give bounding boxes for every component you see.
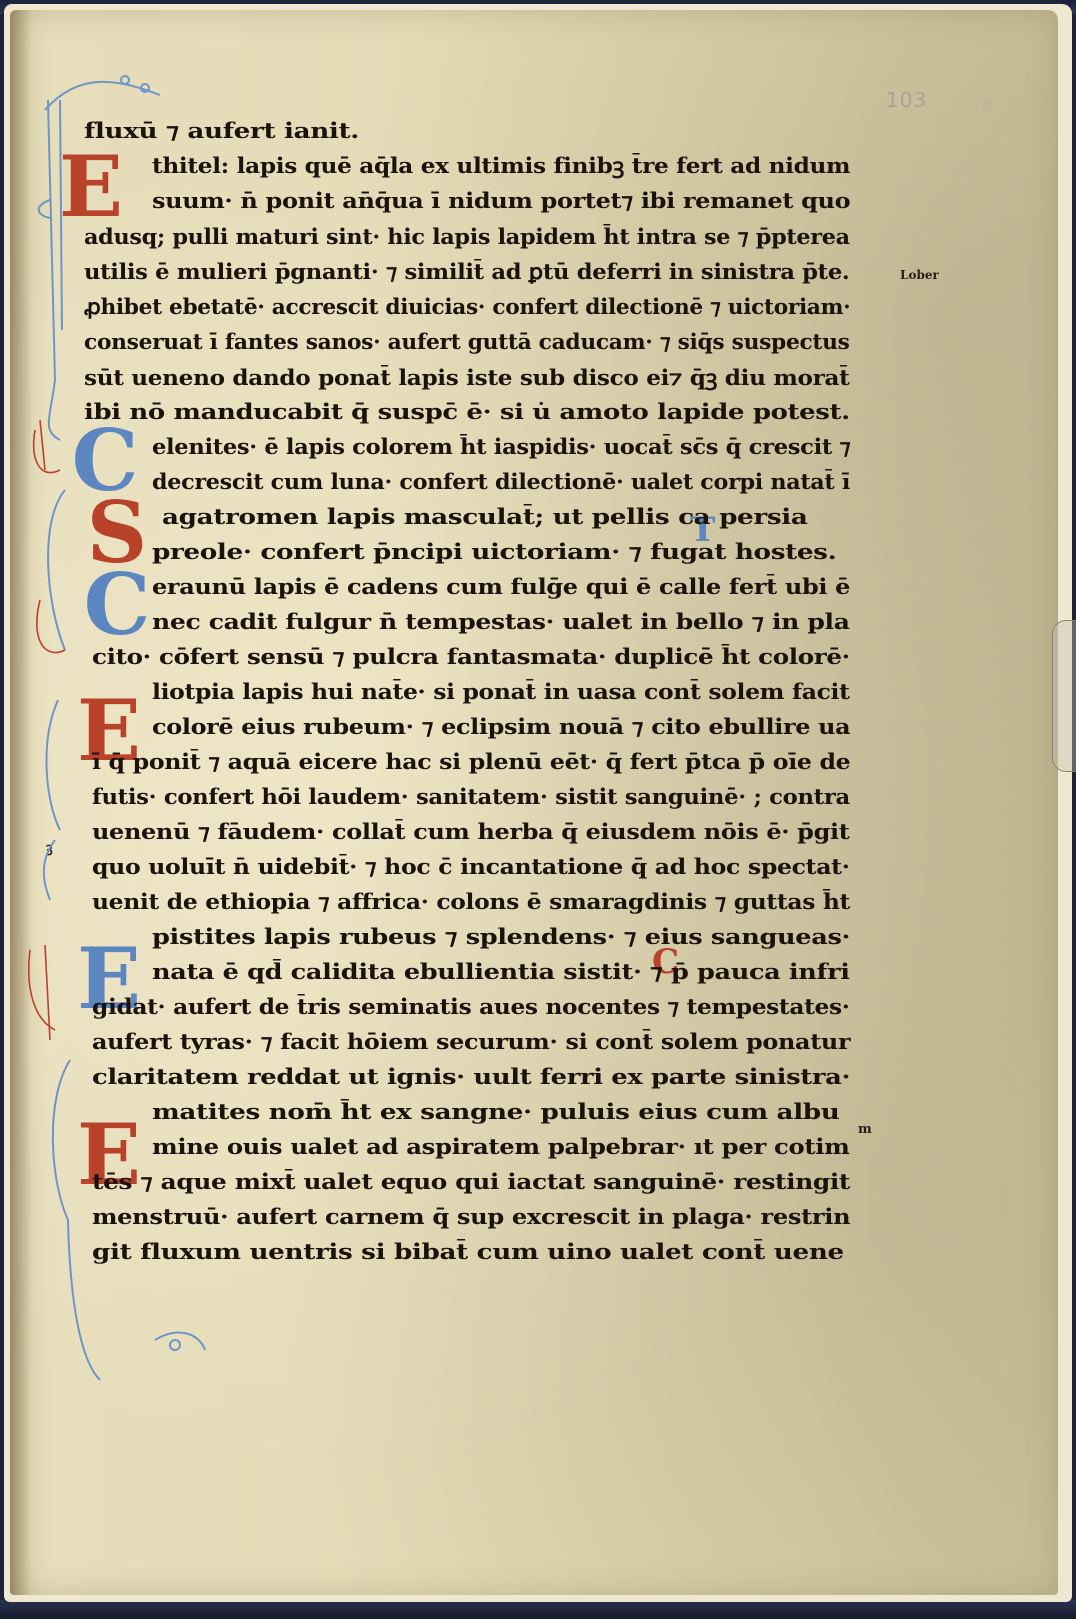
text-line: uenenū ⁊ fāudem· collat̄ cum herba q̄ ei… [92, 819, 849, 844]
text-line: elenites· ē lapis colorem h̄t iaspidis· … [152, 434, 850, 459]
text-line: claritatem reddat ut ignis· uult ferri e… [92, 1064, 850, 1089]
text-line: ī q̄ ponit̄ ⁊ aquā eicere hac si plenū e… [92, 749, 850, 774]
text-line: mine ouis ualet ad aspiratem palpebrar· … [152, 1134, 849, 1159]
text-line: sūt ueneno dando ponat̄ lapis iste sub d… [84, 364, 850, 392]
text-line: decrescit cum luna· confert dilectionē· … [152, 469, 850, 494]
text-line: thitel: lapis quē aq̄la ex ultimis finib… [152, 152, 850, 180]
text-line: uenit de ethiopia ⁊ affrica· colons ē sm… [92, 889, 850, 914]
text-line: pistites lapis rubeus ⁊ splendens· ⁊ eiu… [152, 924, 850, 949]
text-line: nata ē qd̄ calidita ebullientia sistit· … [152, 959, 850, 984]
text-line: suum· n̄ ponit an̄q̄ua ī nidum portet⁊ i… [152, 188, 850, 213]
text-line: tēs ⁊ aque mixt̄ ualet equo qui iactat s… [92, 1169, 850, 1194]
text-line: ꝓhibet ebetatē· accrescit diuicias· conf… [84, 294, 850, 319]
text-line: quo uoluīt n̄ uidebit̄· ⁊ hoc c̄ incanta… [92, 854, 850, 879]
text-line: menstruū· aufert carnem q̄ sup excrescit… [92, 1204, 850, 1229]
text-line: futis· confert hōi laudem· sanitatem· si… [92, 784, 850, 809]
text-line: gidat· aufert de t̄ris seminatis aues no… [92, 994, 850, 1019]
initial-e-red: E [52, 148, 130, 226]
text-line: conseruat ī fantes sanos· aufert guttā c… [84, 329, 850, 354]
text-line: cito· cōfert sensū ⁊ pulcra fantasmata· … [92, 644, 850, 669]
text-line: ibi nō manducabit q̄ suspc̄ ē· si u̇ amo… [84, 399, 850, 424]
text-line: fluxū ⁊ aufert ianit. [84, 118, 359, 143]
text-line: colorē eius rubeum· ⁊ eclipsim nouā ⁊ ci… [152, 714, 850, 739]
text-line: nec cadit fulgur n̄ tempestas· ualet in … [152, 609, 850, 634]
text-line: adusq; pulli maturi sint· hic lapis lapi… [84, 224, 850, 249]
text-line: git fluxum uentris si bibat̄ cum uino ua… [92, 1239, 844, 1264]
text-line: liotpia lapis hui nat̄e· si ponat̄ in ua… [152, 679, 850, 704]
initial-c-blue-2: C [78, 566, 156, 644]
text-line: agatromen lapis masculat̄; ut pellis ca … [162, 504, 807, 529]
text-line: eraunū lapis ē cadens cum fulḡe qui ē ca… [152, 574, 850, 599]
text-line: matites nom̄ h̄t ex sangne· puluis eius … [152, 1099, 839, 1124]
text-line: aufert tyras· ⁊ facit hōiem securum· si … [92, 1029, 850, 1054]
text-line: preole· confert p̄ncipi uictoriam· ⁊ fug… [152, 539, 836, 564]
text-line: utilis ē mulieri p̄gnanti· ⁊ similit̄ ad… [84, 259, 849, 284]
